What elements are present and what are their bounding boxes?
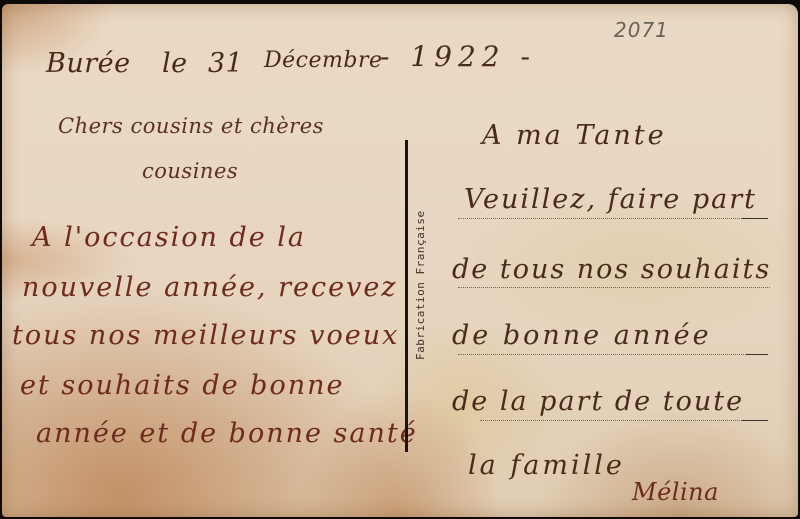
address-text-3: de bonne année [452,320,712,351]
address-line-1 [458,218,758,219]
body-line-2: nouvelle année, recevez [22,272,398,303]
address-line-4 [480,420,742,421]
dateline-month: Décembre [264,48,382,73]
address-line-3-end [746,354,768,355]
body-line-5: année et de bonne santé [36,418,418,449]
postcard-back: 2071 Burée le 31 Décembre - 1922 - Chers… [2,4,798,517]
address-line-2 [458,287,770,288]
salutation-line-1: Chers cousins et chères [58,114,324,138]
body-line-1: A l'occasion de la [32,222,306,253]
recipient-line: A ma Tante [482,120,667,151]
printed-label: Fabrication Française [414,210,427,360]
center-divider [405,140,408,452]
archive-number: 2071 [614,18,669,42]
signature: Mélina [632,478,719,506]
address-line-1-end [742,218,768,219]
body-line-3: tous nos meilleurs voeux [12,320,399,351]
address-text-1: Veuillez, faire part [464,184,757,215]
salutation-line-2: cousines [142,159,238,183]
dateline-year: - 1922 - [380,40,536,73]
body-line-4: et souhaits de bonne [20,370,344,401]
dateline-day: 31 [208,48,243,79]
dateline-le: le [162,48,188,79]
address-text-5: la famille [468,450,625,481]
address-line-3 [458,354,748,355]
address-text-4: de la part de toute [452,386,744,417]
address-line-4-end [742,420,768,421]
dateline-place: Burée [46,48,131,79]
address-text-2: de tous nos souhaits [452,254,771,285]
